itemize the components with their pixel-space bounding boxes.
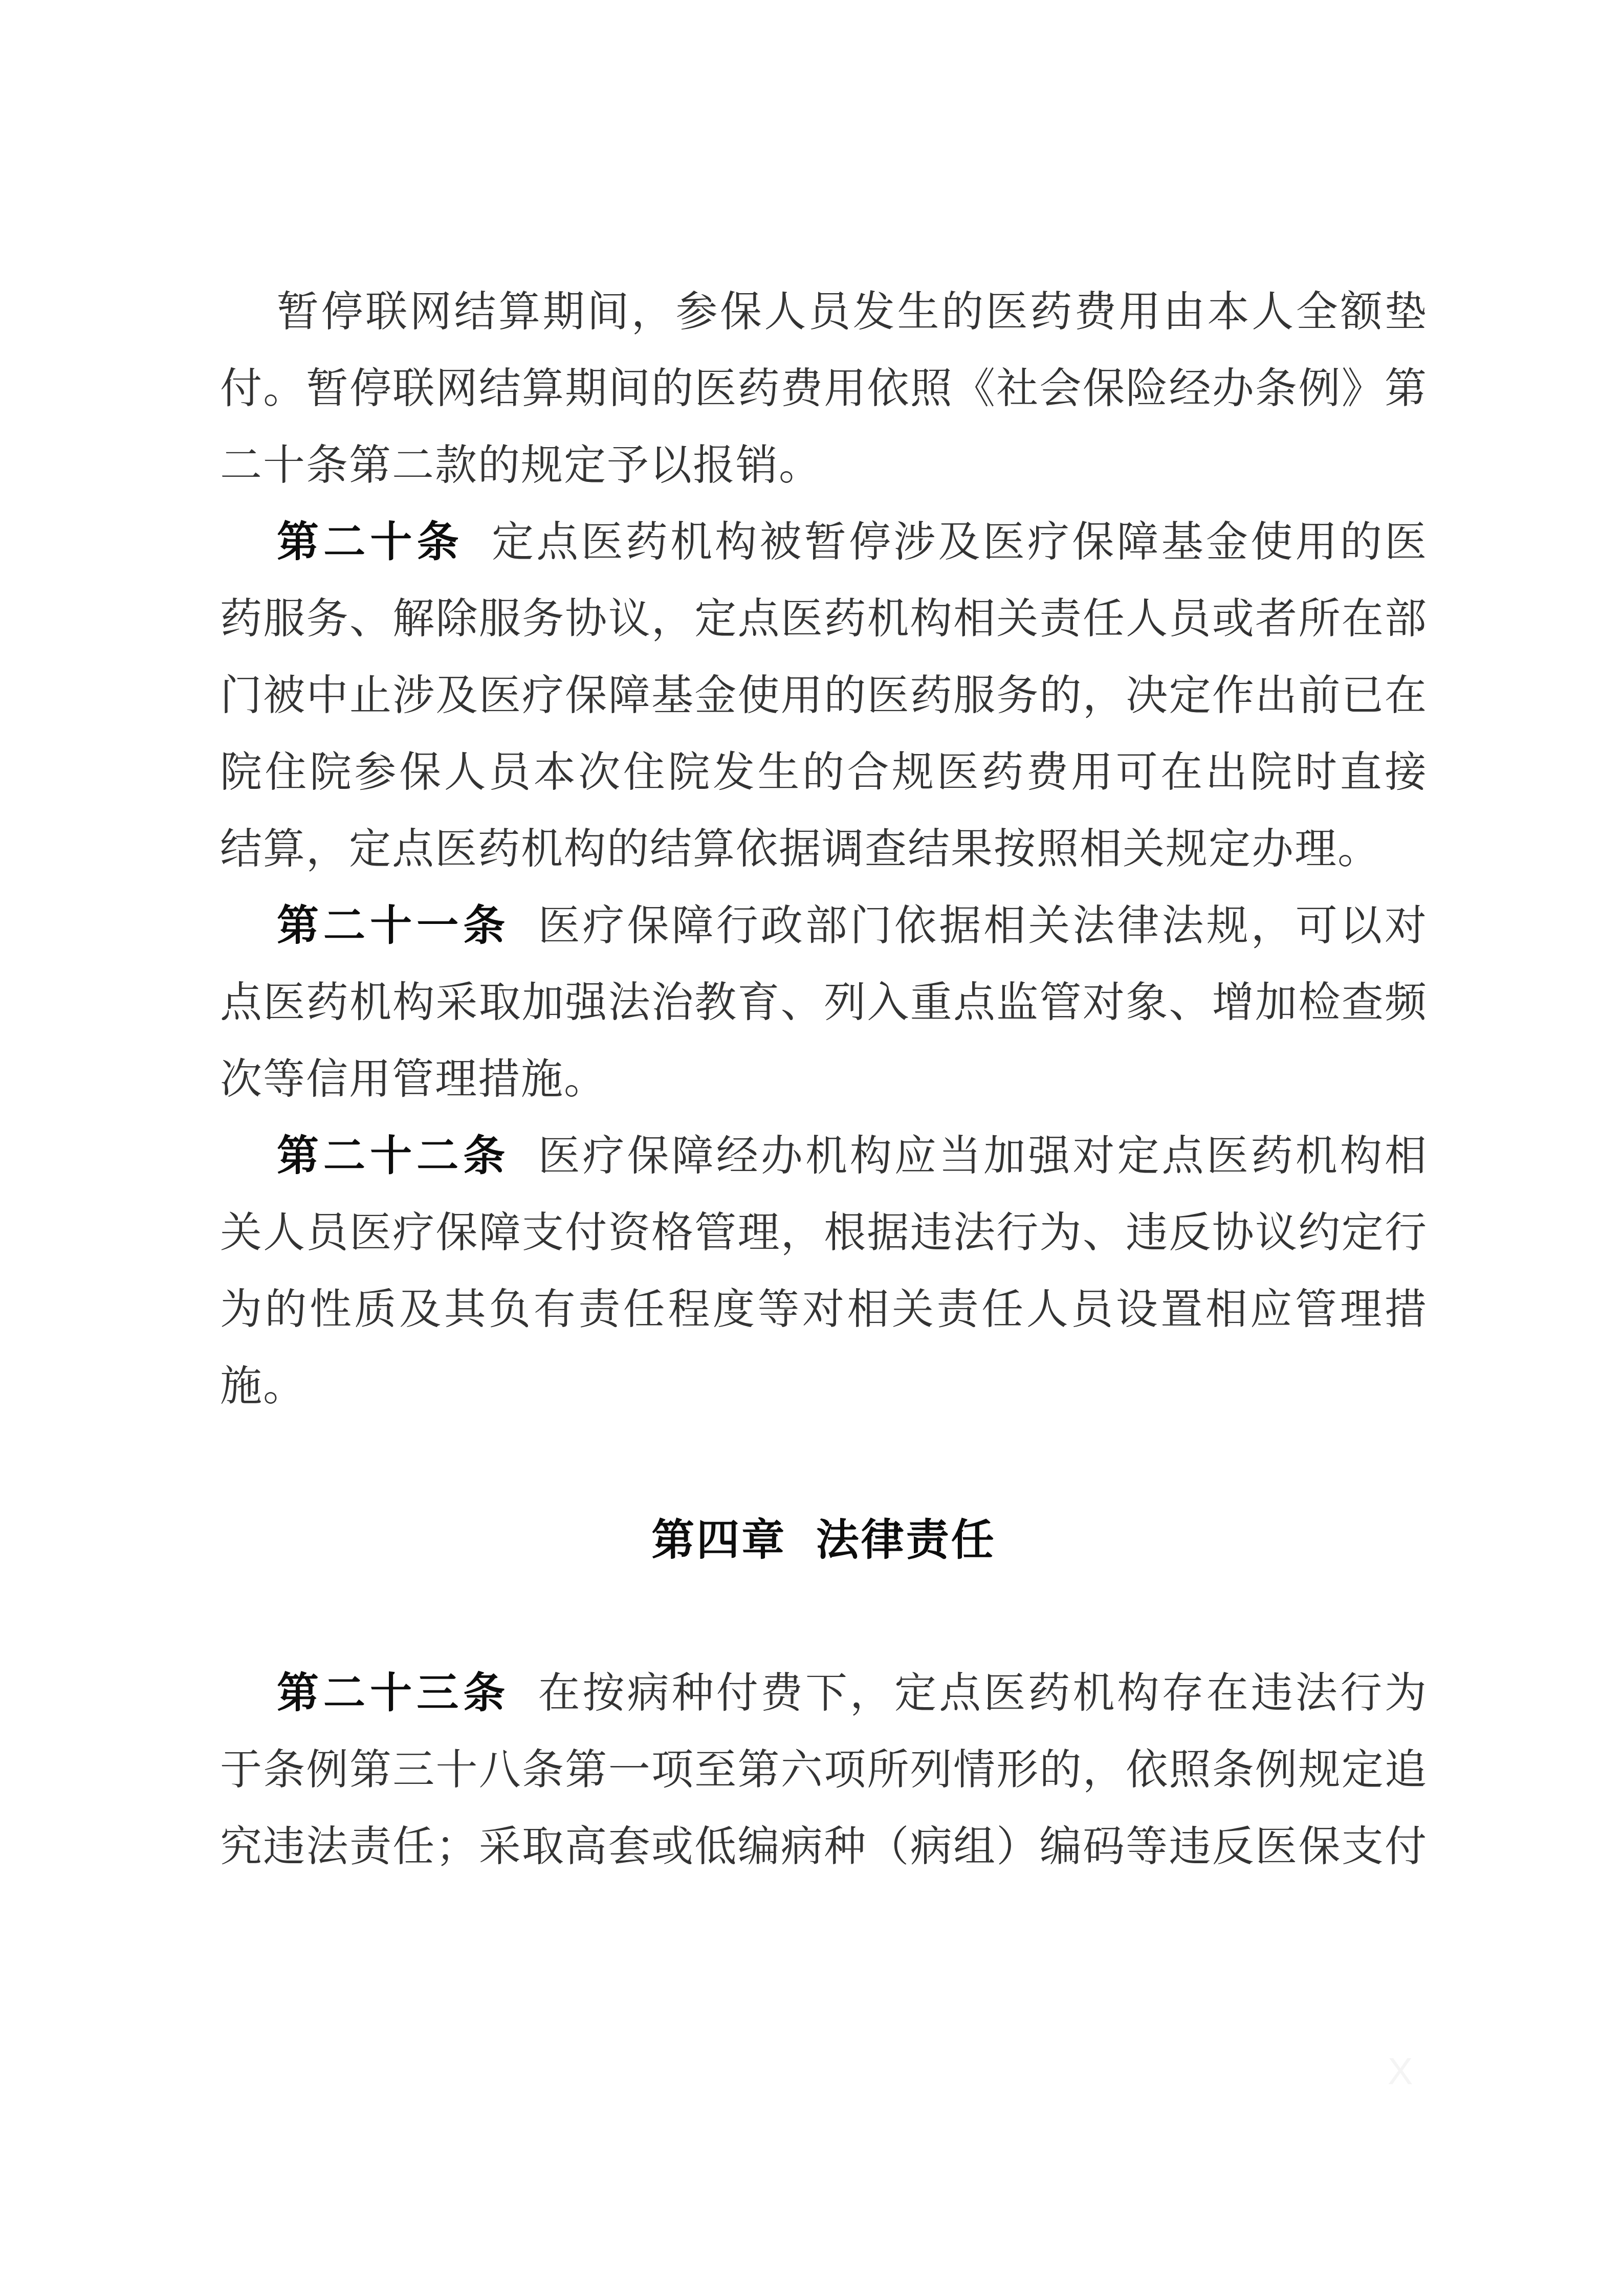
- text-line: 暂停联网结算期间，参保人员发生的医药费用由本人全额垫: [220, 274, 1428, 350]
- article-opening-line: 第二十二条医疗保障经办机构应当加强对定点医药机构相: [220, 1118, 1428, 1195]
- watermark-x: X: [1388, 2052, 1413, 2090]
- text-line: 施。: [220, 1348, 1428, 1425]
- text-line: 次等信用管理措施。: [220, 1041, 1428, 1118]
- text-line: 药服务、解除服务协议，定点医药机构相关责任人员或者所在部: [220, 581, 1428, 657]
- article-opening-line: 第二十一条医疗保障行政部门依据相关法律法规，可以对定: [220, 888, 1428, 964]
- article-number: 第二十一条: [277, 902, 510, 949]
- text-line: 结算，定点医药机构的结算依据调查结果按照相关规定办理。: [220, 811, 1428, 888]
- text-line: 为的性质及其负有责任程度等对相关责任人员设置相应管理措: [220, 1271, 1428, 1348]
- article-number: 第二十二条: [277, 1133, 510, 1179]
- document-body: 暂停联网结算期间，参保人员发生的医药费用由本人全额垫付。暂停联网结算期间的医药费…: [220, 274, 1428, 1885]
- blank-line: [220, 1578, 1428, 1655]
- text-line: 关人员医疗保障支付资格管理，根据违法行为、违反协议约定行: [220, 1195, 1428, 1271]
- article-number: 第二十三条: [277, 1670, 510, 1716]
- article-opening-line: 第二十条定点医药机构被暂停涉及医疗保障基金使用的医: [220, 504, 1428, 581]
- text-line: 二十条第二款的规定予以报销。: [220, 427, 1428, 504]
- article-opening-line: 第二十三条在按病种付费下，定点医药机构存在违法行为属: [220, 1655, 1428, 1732]
- text-line: 于条例第三十八条第一项至第六项所列情形的，依照条例规定追: [220, 1732, 1428, 1808]
- document-page: 暂停联网结算期间，参保人员发生的医药费用由本人全额垫付。暂停联网结算期间的医药费…: [0, 0, 1623, 2296]
- text-line: 付。暂停联网结算期间的医药费用依照《社会保险经办条例》第: [220, 350, 1428, 427]
- chapter-heading: 第四章 法律责任: [220, 1502, 1428, 1578]
- text-line: 点医药机构采取加强法治教育、列入重点监管对象、增加检查频: [220, 964, 1428, 1041]
- text-line: 究违法责任；采取高套或低编病种（病组）编码等违反医保支付: [220, 1808, 1428, 1885]
- blank-line: [220, 1425, 1428, 1502]
- text-line: 门被中止涉及医疗保障基金使用的医药服务的，决定作出前已在: [220, 657, 1428, 734]
- article-number: 第二十条: [277, 519, 464, 565]
- text-line: 院住院参保人员本次住院发生的合规医药费用可在出院时直接: [220, 734, 1428, 811]
